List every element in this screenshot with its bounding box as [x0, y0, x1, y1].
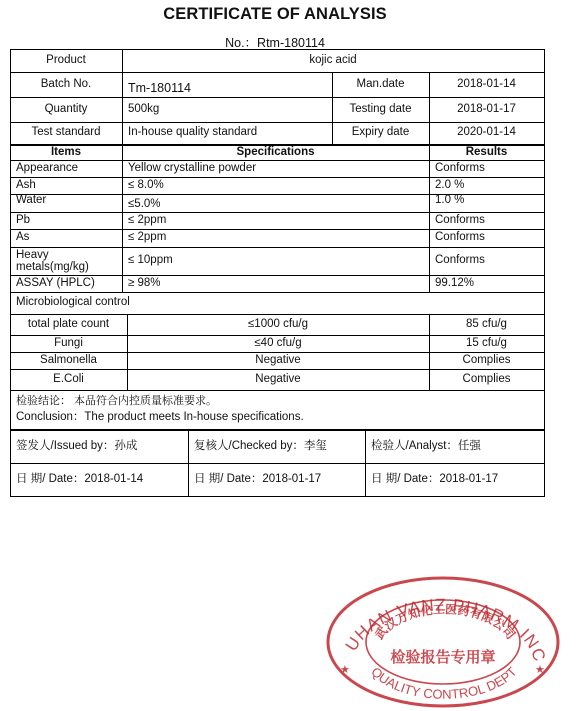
micro-spec: ≤1000 cfu/g [127, 314, 429, 335]
item-result: Conforms [429, 160, 544, 177]
product-label: Product [10, 49, 122, 72]
micro-spec: Negative [127, 369, 429, 390]
man-date-label: Man.date [332, 72, 429, 97]
quantity-label: Quantity [10, 97, 122, 122]
item-result: 99.12% [429, 275, 544, 292]
item-result: Conforms [429, 247, 544, 275]
expiry-date-value: 2020-01-14 [429, 122, 544, 144]
issued-by: 签发人/Issued by：孙成 [10, 431, 188, 463]
micro-spec: ≤40 cfu/g [127, 335, 429, 352]
conclusion-cn: 检验结论： 本品符合内控质量标准要求。 [10, 393, 544, 410]
header-specifications: Specifications [122, 146, 429, 160]
checked-date: 日 期/ Date：2018-01-17 [188, 463, 365, 496]
expiry-date-label: Expiry date [332, 122, 429, 144]
micro-result: Complies [429, 352, 544, 369]
micro-section-title: Microbiological control [10, 292, 544, 314]
item-name: Pb [10, 212, 122, 229]
man-date-value: 2018-01-14 [429, 72, 544, 97]
item-spec: ≤5.0% [122, 196, 429, 213]
item-spec: Yellow crystalline powder [122, 160, 429, 177]
svg-text:QUALITY CONTROL DEPT: QUALITY CONTROL DEPT [368, 664, 520, 702]
header-results: Results [429, 146, 544, 160]
micro-result: Complies [429, 369, 544, 390]
micro-spec: Negative [127, 352, 429, 369]
star-icon: ★ [340, 664, 350, 676]
conclusion-en: Conclusion：The product meets In-house sp… [10, 409, 544, 426]
checked-by: 复核人/Checked by：李玺 [188, 431, 365, 463]
issued-date: 日 期/ Date：2018-01-14 [10, 463, 188, 496]
star-icon: ★ [535, 664, 545, 676]
item-spec: ≤ 2ppm [122, 229, 429, 247]
item-result: 1.0 % [429, 192, 544, 209]
document-title: CERTIFICATE OF ANALYSIS [0, 5, 550, 24]
micro-item: total plate count [10, 314, 127, 335]
quantity-value: 500kg [122, 97, 332, 122]
item-result: Conforms [429, 229, 544, 247]
item-spec: ≥ 98% [122, 275, 429, 292]
item-spec: ≤ 10ppm [122, 247, 429, 275]
testing-date-value: 2018-01-17 [429, 97, 544, 122]
batch-label: Batch No. [10, 72, 122, 97]
item-name: Water [10, 192, 122, 209]
stamp-outer-bottom: QUALITY CONTROL DEPT [368, 664, 520, 702]
testing-date-label: Testing date [332, 97, 429, 122]
analyst-date: 日 期/ Date：2018-01-17 [365, 463, 544, 496]
item-result: Conforms [429, 212, 544, 229]
analyst: 检验人/Analyst：任强 [365, 431, 544, 463]
item-name: Appearance [10, 160, 122, 177]
company-stamp: WUHAN VANZ PHARM INC. 武汉万知化工医药有限公司 检验报告专… [320, 570, 565, 710]
product-value: kojic acid [122, 49, 544, 72]
stamp-center-cn: 检验报告专用章 [390, 648, 495, 666]
micro-item: E.Coli [10, 369, 127, 390]
item-spec: ≤ 2ppm [122, 212, 429, 229]
micro-result: 85 cfu/g [429, 314, 544, 335]
item-name: Heavy metals(mg/kg) [10, 247, 114, 275]
micro-item: Fungi [10, 335, 127, 352]
test-standard-value: In-house quality standard [122, 122, 332, 144]
item-spec: ≤ 8.0% [122, 177, 429, 194]
micro-result: 15 cfu/g [429, 335, 544, 352]
micro-item: Salmonella [10, 352, 127, 369]
test-standard-label: Test standard [10, 122, 122, 144]
item-name: ASSAY (HPLC) [10, 275, 122, 292]
item-name: As [10, 229, 122, 247]
header-items: Items [10, 146, 122, 160]
